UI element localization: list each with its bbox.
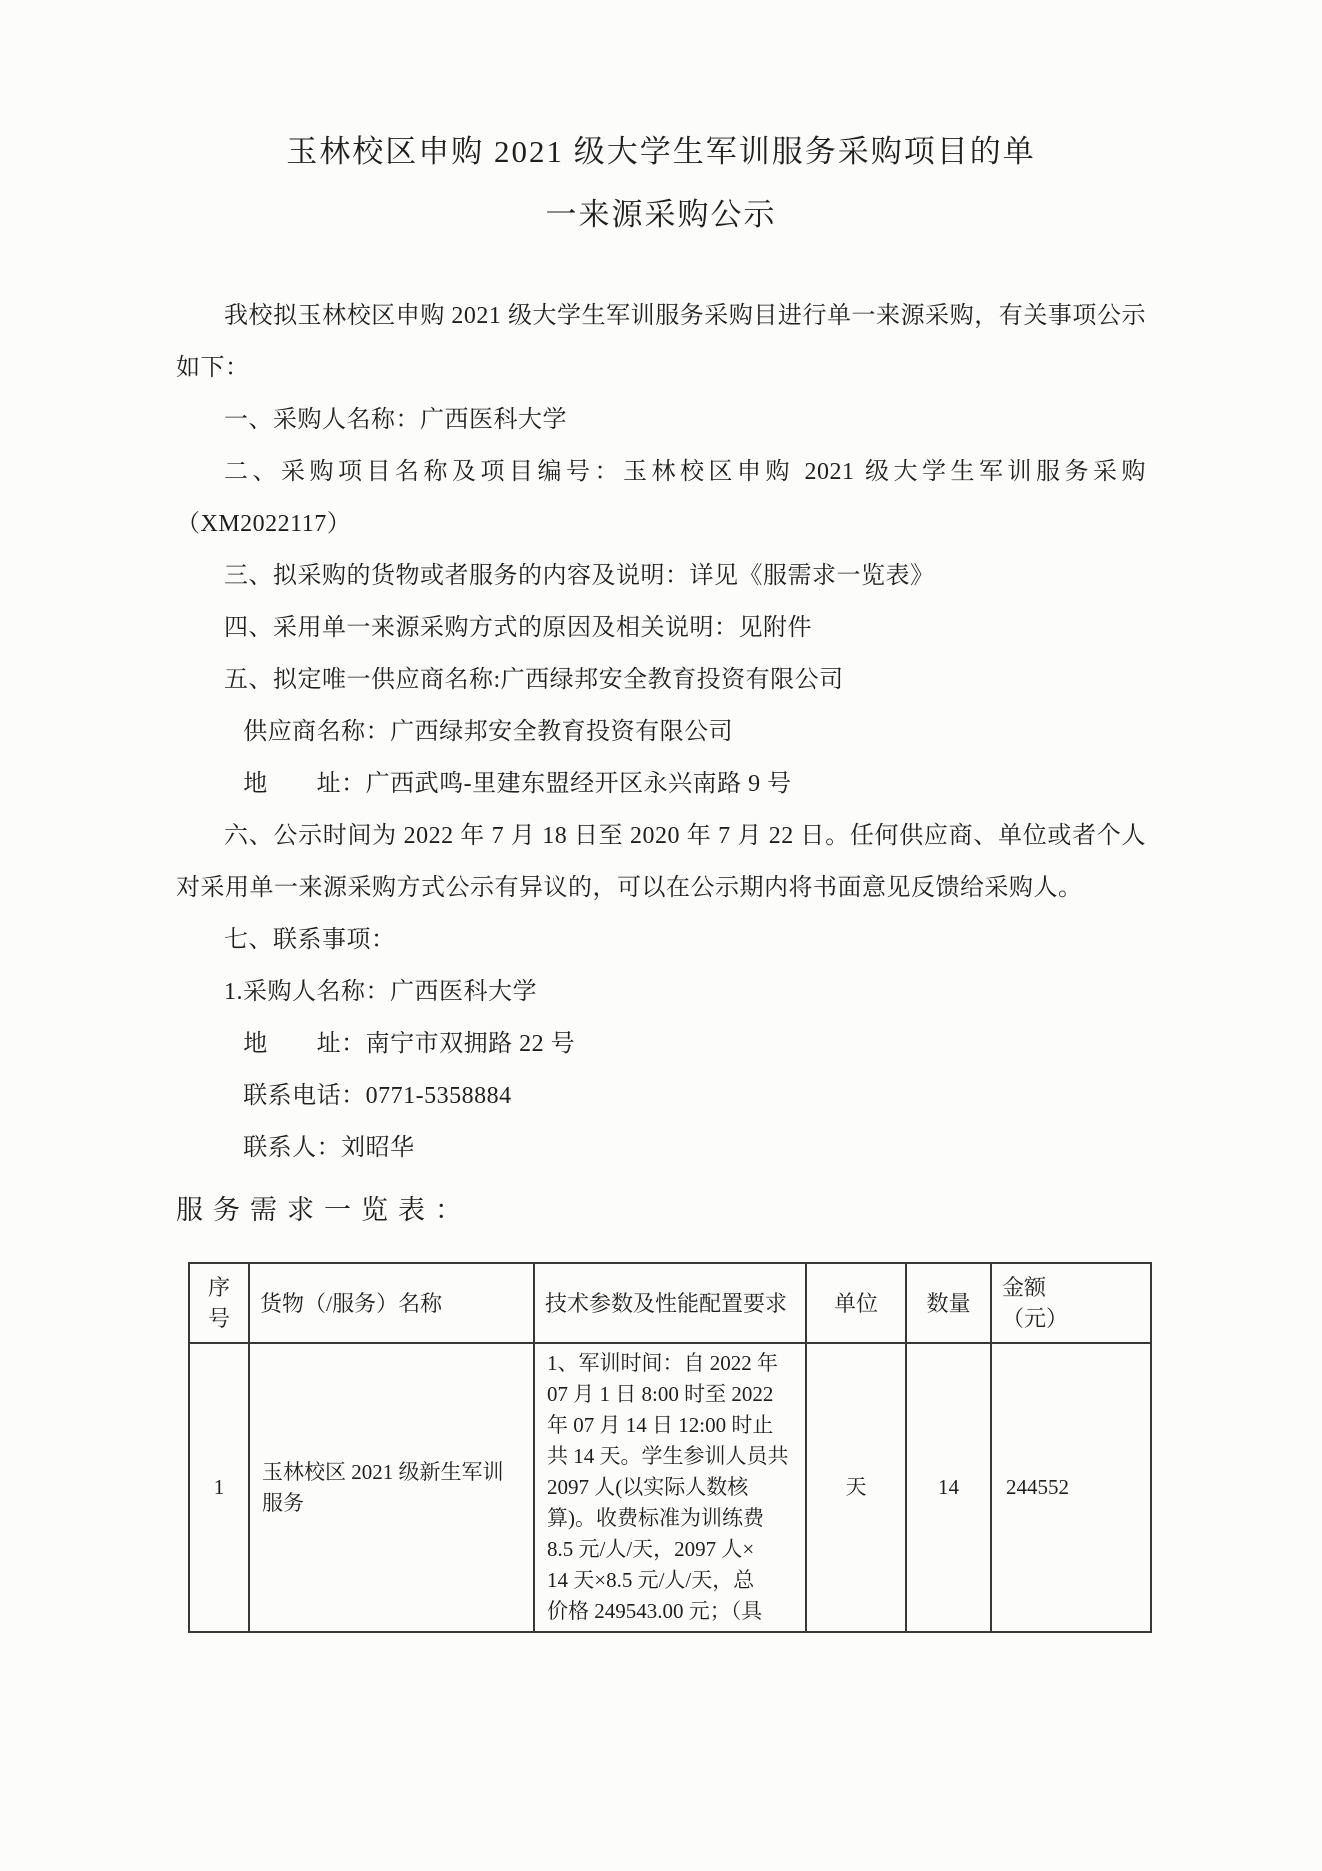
service-requirements-heading: 服务需求一览表： — [176, 1188, 1322, 1232]
column-header-amount-yuan: 金额 （元） — [991, 1263, 1151, 1343]
column-header-unit: 单位 — [806, 1263, 906, 1343]
paragraph-supplier-name: 供应商名称：广西绿邦安全教育投资有限公司 — [176, 706, 1146, 758]
paragraph-item-6-period: 六、公示时间为 2022 年 7 月 18 日至 2020 年 7 月 22 日… — [176, 810, 1146, 914]
cell-technical-specs: 1、军训时间：自 2022 年 07 月 1 日 8:00 时至 2022 年 … — [534, 1343, 806, 1632]
document-body: 我校拟玉林校区申购 2021 级大学生军训服务采购目进行单一来源采购，有关事项公… — [176, 290, 1146, 1174]
paragraph-contact-person: 联系人：刘昭华 — [176, 1122, 1146, 1174]
paragraph-contact-address: 地 址：南宁市双拥路 22 号 — [176, 1018, 1146, 1070]
service-requirements-table: 序 号 货物（/服务）名称 技术参数及性能配置要求 单位 数量 金额 （元） 1… — [188, 1262, 1152, 1633]
document-title: 玉林校区申购 2021 级大学生军训服务采购项目的单 一来源采购公示 — [0, 0, 1322, 246]
paragraph-item-1-purchaser: 一、采购人名称：广西医科大学 — [176, 394, 1146, 446]
paragraph-contact-phone: 联系电话：0771-5358884 — [176, 1070, 1146, 1122]
cell-goods-service-name: 玉林校区 2021 级新生军训 服务 — [249, 1343, 534, 1632]
paragraph-item-4-reason: 四、采用单一来源采购方式的原因及相关说明：见附件 — [176, 602, 1146, 654]
paragraph-item-2-project: 二、采购项目名称及项目编号：玉林校区申购 2021 级大学生军训服务采购（XM2… — [176, 446, 1146, 550]
paragraph-intro: 我校拟玉林校区申购 2021 级大学生军训服务采购目进行单一来源采购，有关事项公… — [176, 290, 1146, 394]
paragraph-item-7-contact: 七、联系事项： — [176, 914, 1146, 966]
cell-amount: 244552 — [991, 1343, 1151, 1632]
table-row: 1 玉林校区 2021 级新生军训 服务 1、军训时间：自 2022 年 07 … — [189, 1343, 1151, 1632]
cell-serial-number: 1 — [189, 1343, 249, 1632]
column-header-serial-number: 序 号 — [189, 1263, 249, 1343]
scanned-document-page: 玉林校区申购 2021 级大学生军训服务采购项目的单 一来源采购公示 我校拟玉林… — [0, 0, 1322, 1871]
document-title-line-1: 玉林校区申购 2021 级大学生军训服务采购项目的单 — [0, 120, 1322, 183]
paragraph-contact-purchaser: 1.采购人名称：广西医科大学 — [176, 966, 1146, 1018]
column-header-technical-specs: 技术参数及性能配置要求 — [534, 1263, 806, 1343]
document-title-line-2: 一来源采购公示 — [0, 183, 1322, 246]
column-header-goods-service-name: 货物（/服务）名称 — [249, 1263, 534, 1343]
paragraph-item-3-content: 三、拟采购的货物或者服务的内容及说明：详见《服需求一览表》 — [176, 550, 1146, 602]
cell-unit: 天 — [806, 1343, 906, 1632]
paragraph-supplier-address: 地 址：广西武鸣-里建东盟经开区永兴南路 9 号 — [176, 758, 1146, 810]
cell-quantity: 14 — [906, 1343, 991, 1632]
table-header-row: 序 号 货物（/服务）名称 技术参数及性能配置要求 单位 数量 金额 （元） — [189, 1263, 1151, 1343]
column-header-quantity: 数量 — [906, 1263, 991, 1343]
paragraph-item-5-supplier: 五、拟定唯一供应商名称:广西绿邦安全教育投资有限公司 — [176, 654, 1146, 706]
